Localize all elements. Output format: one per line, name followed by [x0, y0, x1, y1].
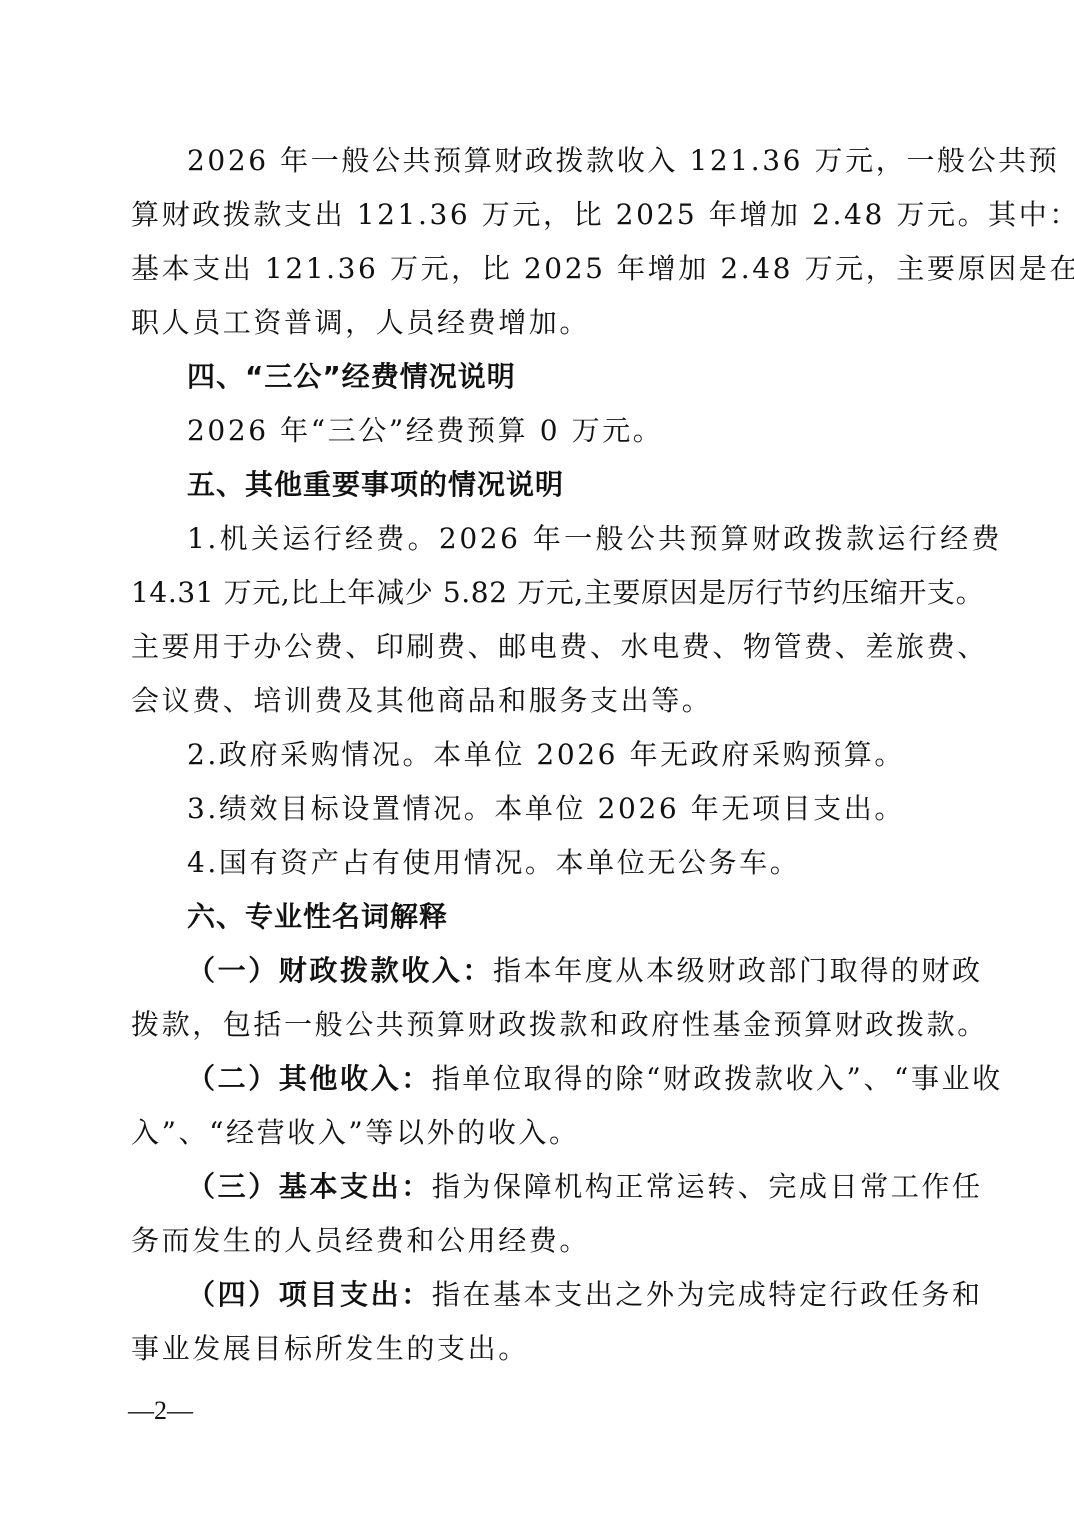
paragraph-line: 2026 年一般公共预算财政拨款收入 121.36 万元，一般公共预 [131, 134, 1002, 188]
definition-text: 指在基本支出之外为完成特定行政任务和 [432, 1278, 983, 1311]
definition-line: （四）项目支出：指在基本支出之外为完成特定行政任务和 [131, 1268, 1002, 1322]
definition-term: （二）其他收入： [187, 1062, 432, 1095]
paragraph-line: 基本支出 121.36 万元，比 2025 年增加 2.48 万元，主要原因是在 [131, 242, 946, 296]
definition-term: （三）基本支出： [187, 1170, 432, 1203]
paragraph-line: 职人员工资普调，人员经费增加。 [131, 296, 946, 350]
definition-term: （一）财政拨款收入： [187, 954, 493, 987]
paragraph-line: 务而发生的人员经费和公用经费。 [131, 1214, 946, 1268]
paragraph-line: 1.机关运行经费。2026 年一般公共预算财政拨款运行经费 [131, 512, 1002, 566]
definition-line: （一）财政拨款收入：指本年度从本级财政部门取得的财政 [131, 944, 1002, 998]
paragraph-line: 4.国有资产占有使用情况。本单位无公务车。 [131, 836, 1002, 890]
paragraph-line: 会议费、培训费及其他商品和服务支出等。 [131, 674, 946, 728]
definition-text: 指本年度从本级财政部门取得的财政 [493, 954, 983, 987]
definition-line: （二）其他收入：指单位取得的除“财政拨款收入”、“事业收 [131, 1052, 1002, 1106]
definition-line: （三）基本支出：指为保障机构正常运转、完成日常工作任 [131, 1160, 1002, 1214]
section-heading-four: 四、“三公”经费情况说明 [131, 350, 1002, 404]
section-heading-five: 五、其他重要事项的情况说明 [131, 458, 1002, 512]
paragraph-line: 入”、“经营收入”等以外的收入。 [131, 1106, 946, 1160]
section-heading-six: 六、专业性名词解释 [131, 890, 1002, 944]
paragraph-line: 事业发展目标所发生的支出。 [131, 1322, 946, 1376]
paragraph-line: 3.绩效目标设置情况。本单位 2026 年无项目支出。 [131, 782, 1002, 836]
definition-text: 指单位取得的除“财政拨款收入”、“事业收 [432, 1062, 1003, 1095]
definition-term: （四）项目支出： [187, 1278, 432, 1311]
paragraph-line: 算财政拨款支出 121.36 万元，比 2025 年增加 2.48 万元。其中： [131, 188, 946, 242]
paragraph-line: 2.政府采购情况。本单位 2026 年无政府采购预算。 [131, 728, 1002, 782]
definition-text: 指为保障机构正常运转、完成日常工作任 [432, 1170, 983, 1203]
paragraph-line: 14.31 万元,比上年减少 5.82 万元,主要原因是厉行节约压缩开支。 [131, 566, 946, 620]
paragraph-line: 2026 年“三公”经费预算 0 万元。 [131, 404, 1002, 458]
paragraph-line: 拨款，包括一般公共预算财政拨款和政府性基金预算财政拨款。 [131, 998, 946, 1052]
paragraph-line: 主要用于办公费、印刷费、邮电费、水电费、物管费、差旅费、 [131, 620, 946, 674]
page-number: —2— [128, 1396, 193, 1426]
